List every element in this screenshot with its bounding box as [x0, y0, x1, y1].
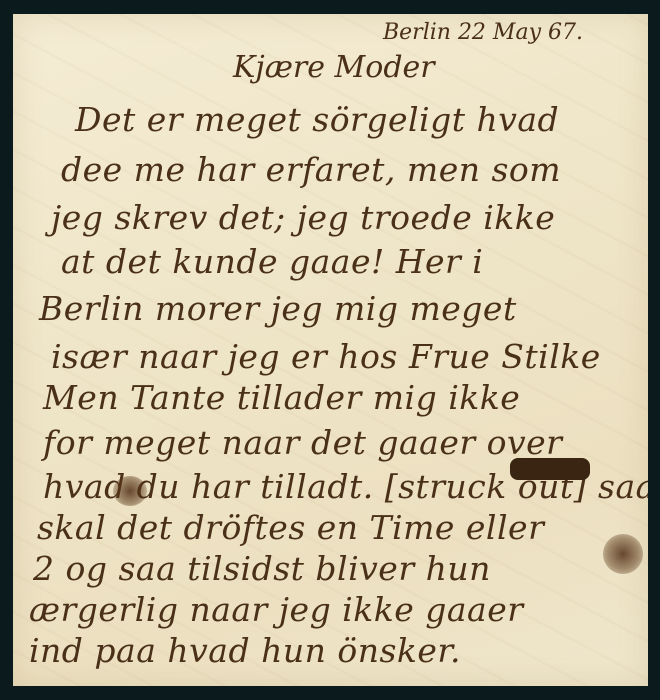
letter-line-5: Berlin morer jeg mig meget — [39, 289, 517, 328]
letter-paper: Berlin 22 May 67. Kjære Moder Det er meg… — [13, 14, 648, 686]
letter-line-6: især naar jeg er hos Frue Stilke — [51, 337, 601, 376]
letter-line-12: ærgerlig naar jeg ikke gaaer — [29, 590, 524, 629]
letter-line-3: jeg skrev det; jeg troede ikke — [51, 198, 555, 237]
ink-stain — [113, 476, 147, 506]
letter-line-13: ind paa hvad hun önsker. — [29, 631, 461, 670]
ink-stain — [603, 534, 643, 574]
letter-line-1: Det er meget sörgeligt hvad — [75, 100, 559, 139]
letter-line-4: at det kunde gaae! Her i — [61, 242, 483, 281]
letter-line-8: for meget naar det gaaer over — [43, 423, 562, 462]
letter-dateline: Berlin 22 May 67. — [383, 20, 583, 45]
letter-line-11: 2 og saa tilsidst bliver hun — [33, 549, 491, 588]
letter-line-7: Men Tante tillader mig ikke — [43, 378, 520, 417]
ink-blot-strikeout — [510, 458, 590, 480]
letter-line-2: dee me har erfaret, men som — [61, 150, 561, 189]
letter-line-10: skal det dröftes en Time eller — [37, 508, 544, 547]
letter-salutation: Kjære Moder — [233, 50, 435, 85]
